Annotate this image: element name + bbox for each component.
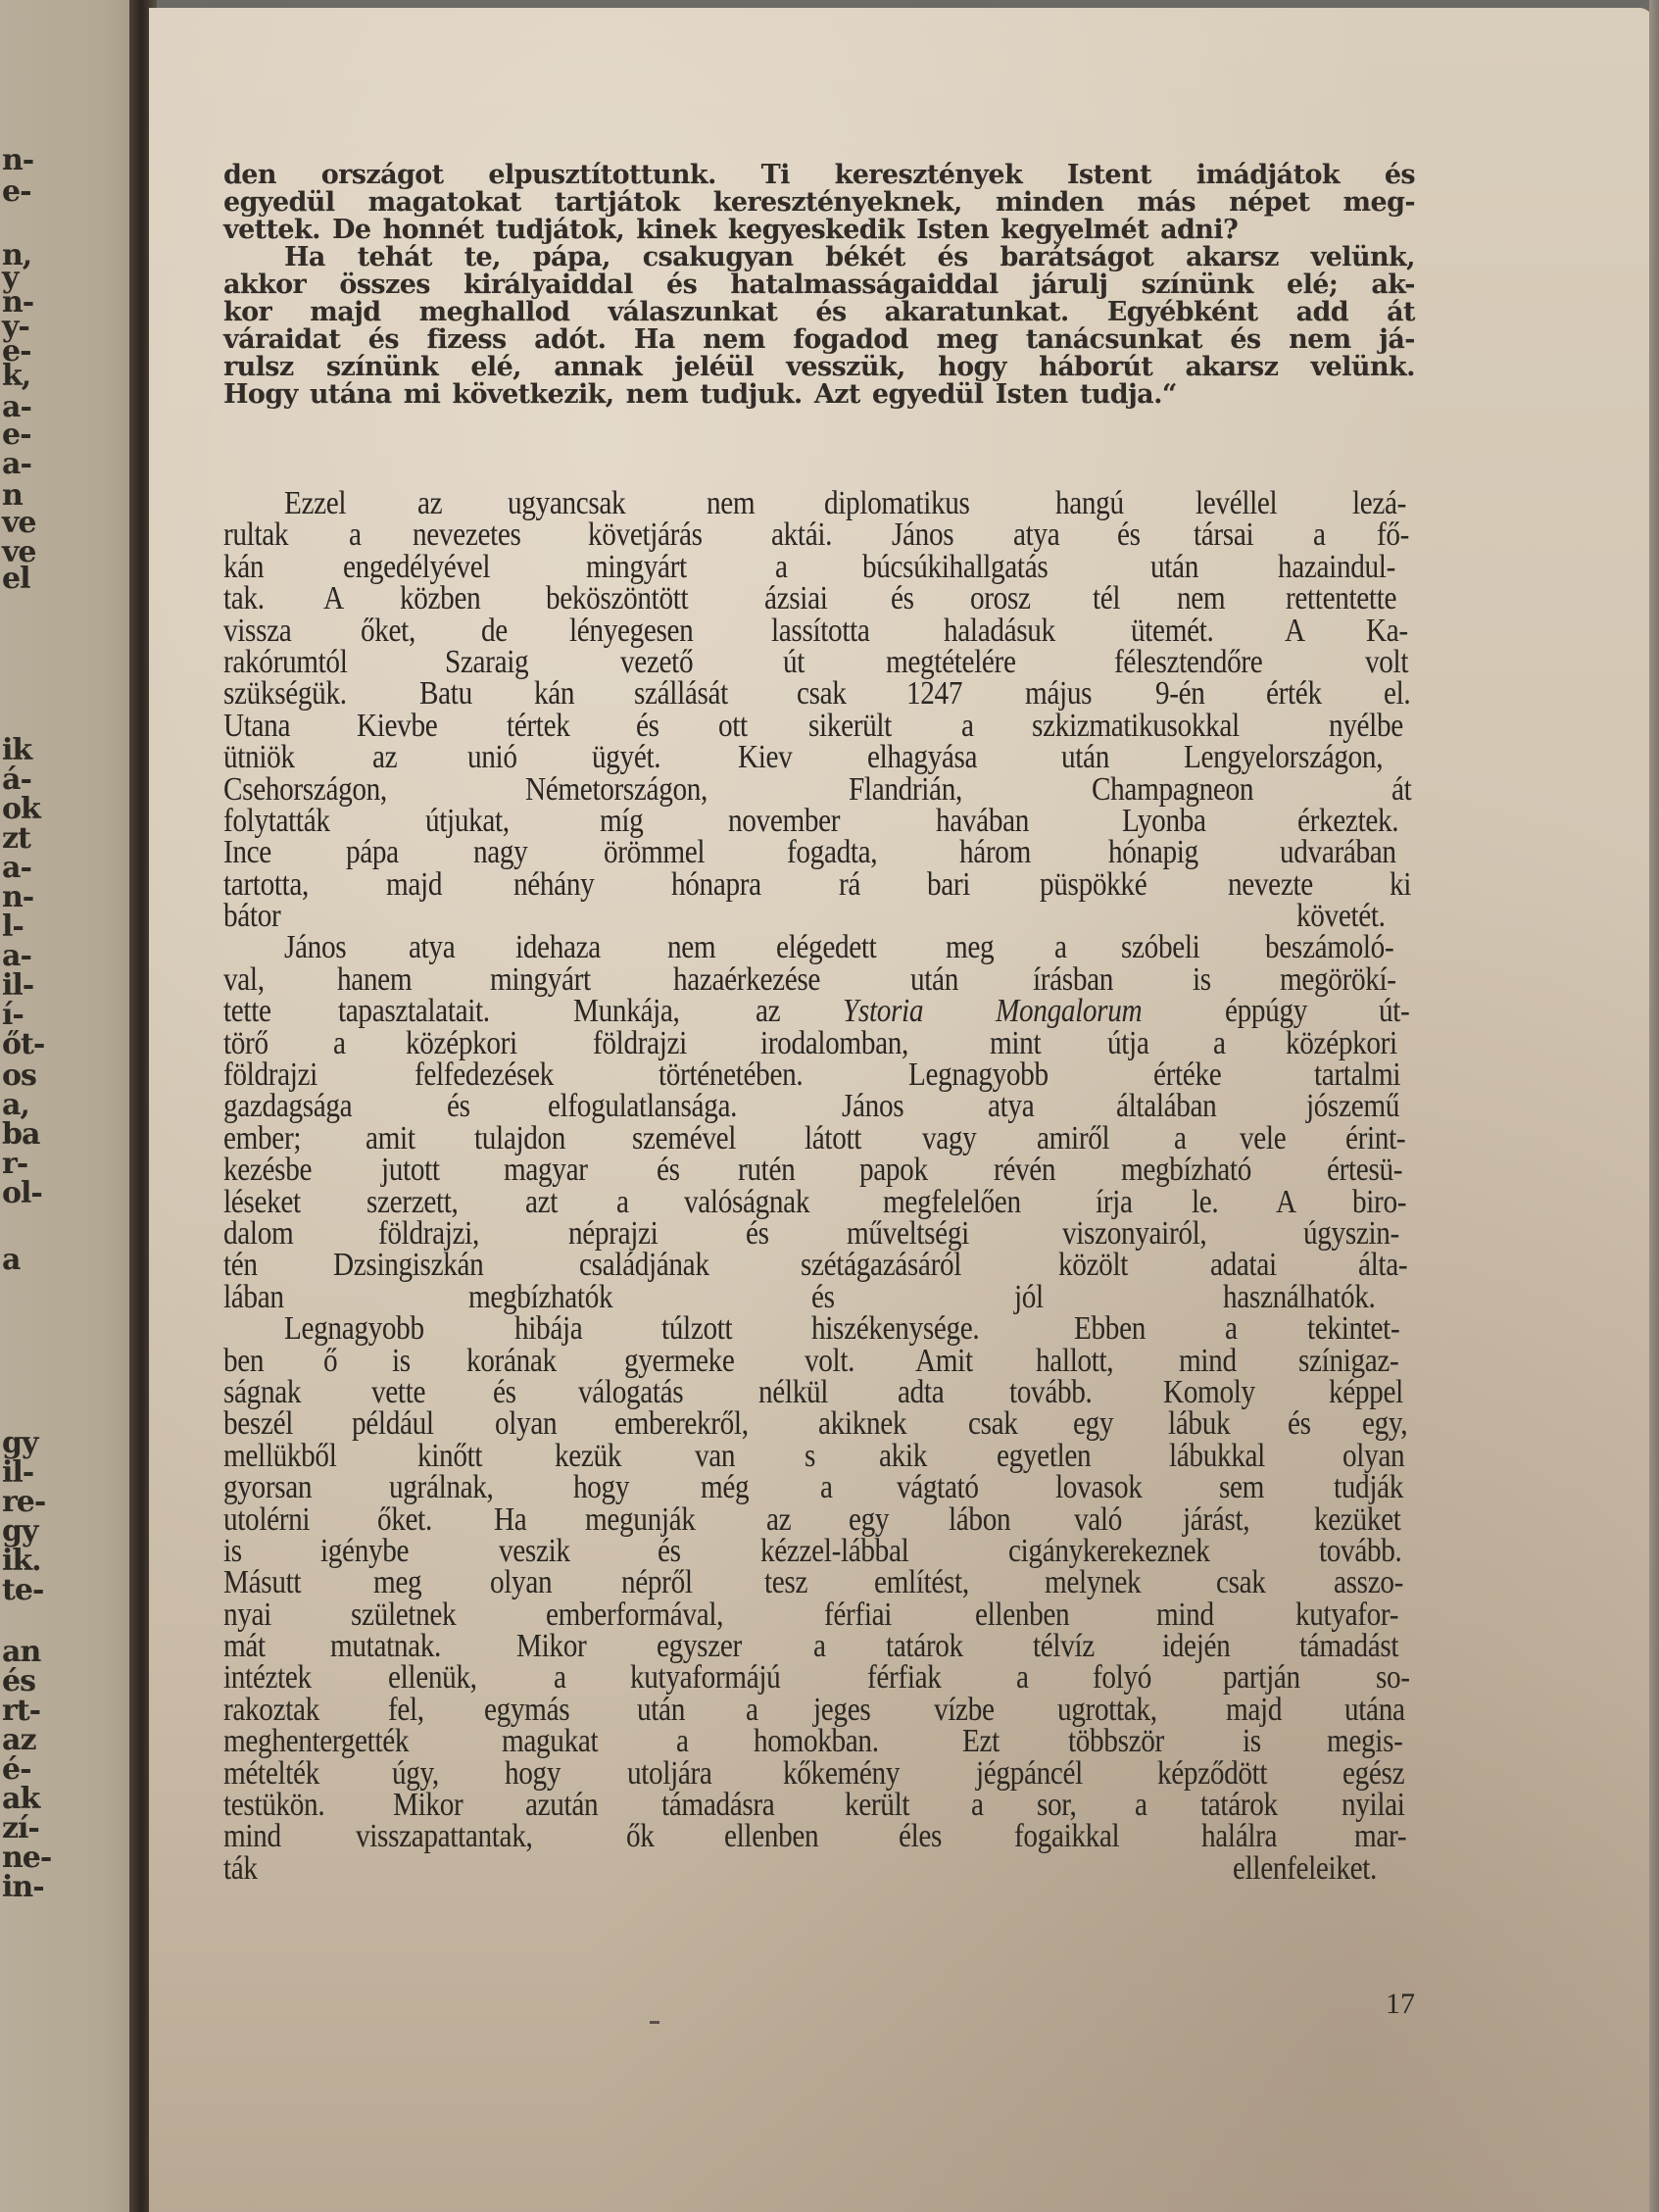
text-line: rulszszínünkelé,annakjeléülvesszük,hogyh… <box>223 354 1415 381</box>
text-line: kezésbejutottmagyarésruténpapokrévénmegb… <box>223 1155 1415 1186</box>
text-line: nyaiszületnekemberformával,férfiaiellenb… <box>223 1599 1415 1631</box>
text-line: lábanmegbízhatókésjólhasználhatók. <box>223 1282 1415 1313</box>
left-page-fragment: őt- <box>2 1029 44 1060</box>
text-line: kormajdmeghallodválaszunkatésakaratunkat… <box>223 299 1415 326</box>
decorative-mark <box>650 2021 659 2024</box>
text-line: ténDzsingiszkáncsaládjánakszétágazásáról… <box>223 1250 1415 1281</box>
text-line: rultakanevezeteskövetjárásaktái.Jánosaty… <box>223 519 1415 551</box>
left-page-edge: n-e-n,yn-y-e-k,a-e-a-nveveeliká-okzta-n-… <box>0 0 145 2212</box>
text-line: beszélpéldáulolyanemberekről,akiknekcsak… <box>223 1408 1415 1440</box>
left-page-fragment: k, <box>2 361 30 392</box>
text-line: léseketszerzett,aztavalóságnakmegfelelőe… <box>223 1187 1415 1218</box>
text-line: Jánosatyaidehazanemelégedettmegaszóbelib… <box>223 932 1415 963</box>
text-line: Hogyutánamikövetkezik,nemtudjuk.Aztegyed… <box>223 381 1415 409</box>
text-line: isigénybeveszikéskézzel-lábbalcigánykere… <box>223 1536 1415 1567</box>
left-page-fragment: el <box>2 564 29 595</box>
text-line: intéztekellenük,akutyaformájúférfiakafol… <box>223 1662 1415 1694</box>
left-page-fragment: in- <box>2 1872 44 1903</box>
left-page-fragment: te- <box>2 1575 43 1606</box>
text-line: ütniökazunióügyét.KievelhagyásautánLengy… <box>223 742 1415 773</box>
text-line: UtanaKievbetértekésottsikerültaszkizmati… <box>223 711 1415 742</box>
text-line: rakoztakfel,egymásutánajegesvízbeugrotta… <box>223 1695 1415 1726</box>
text-line: meghentergettékmagukatahomokban.Ezttöbbs… <box>223 1726 1415 1757</box>
text-line: testükön.Mikorazutántámadásrakerültasor,… <box>223 1790 1415 1821</box>
text-line: benőiskoránakgyermekevolt.Amithallott,mi… <box>223 1346 1415 1377</box>
text-line: tákellenfeleiket. <box>223 1853 1415 1885</box>
text-line: Incepápanagyörömmelfogadta,háromhónapigu… <box>223 837 1415 868</box>
background-surface <box>1649 0 1659 2212</box>
text-line: Másuttmegolyannéprőlteszemlítést,melynek… <box>223 1567 1415 1598</box>
text-line: mellükbőlkinőttkezükvansakikegyetlenlábu… <box>223 1441 1415 1472</box>
text-line: tak.Aközbenbeköszöntöttázsiaiésorosztéln… <box>223 583 1415 614</box>
text-line: Ezzelazugyancsaknemdiplomatikushangúlevé… <box>223 488 1415 519</box>
left-page-fragment: e- <box>2 176 31 208</box>
left-page-fragment: a <box>2 1245 20 1276</box>
text-line: szükségük.Batukánszállásátcsak1247május9… <box>223 678 1415 710</box>
text-line: visszaőket,delényegesenlassítottahaladás… <box>223 615 1415 647</box>
text-line: val,hanemmingyárthazaérkezéseutánírásban… <box>223 964 1415 996</box>
text-line: tartotta,majdnéhányhónaprarábaripüspökké… <box>223 869 1415 901</box>
text-line: utolérniőket.Hamegunjákazegylábonvalójár… <box>223 1504 1415 1536</box>
text-line: folytattákútjukat,mígnovemberhavábanLyon… <box>223 806 1415 837</box>
text-line: rakórumtólSzaraigvezetőútmegtételéreféle… <box>223 647 1415 678</box>
text-line: Hatehátte,pápa,csakugyanbékétésbarátságo… <box>223 244 1415 271</box>
text-line: törőaközépkoriföldrajziirodalomban,mintú… <box>223 1028 1415 1059</box>
text-line: egyedülmagatokattartjátokkeresztényeknek… <box>223 189 1415 217</box>
text-line: kánengedélyévelmingyártabúcsúkihallgatás… <box>223 552 1415 583</box>
text-line: mátmutatnak.Mikoregyszeratatároktélvízid… <box>223 1631 1415 1662</box>
text-line: gyorsanugrálnak,hogymégavágtatólovasokse… <box>223 1472 1415 1503</box>
left-page-fragment: ol- <box>2 1178 42 1209</box>
text-line: ember;amittulajdonszemévellátottvagyamir… <box>223 1123 1415 1155</box>
text-line: ságnakvetteésválogatásnélküladtatovább.K… <box>223 1377 1415 1408</box>
text-line: földrajzifelfedezésektörténetében.Legnag… <box>223 1059 1415 1091</box>
text-line: mindvisszapattantak,őkellenbenélesfogaik… <box>223 1821 1415 1852</box>
text-line: denországotelpusztítottunk.Tikereszténye… <box>223 162 1415 189</box>
text-line: vettek.Dehonnéttudjátok,kinekkegyeskedik… <box>223 217 1415 244</box>
letter-quote-block: denországotelpusztítottunk.Tikereszténye… <box>223 162 1415 409</box>
text-line: bátorkövetét. <box>223 901 1415 932</box>
left-page-fragment: a- <box>2 449 31 480</box>
text-line: váraidatésfizessadót.Hanemfogadodmegtaná… <box>223 326 1415 354</box>
text-line: gazdagságaéselfogulatlansága.Jánosatyaál… <box>223 1091 1415 1122</box>
text-line: mételtékúgy,hogyutoljárakőkeményjégpáncé… <box>223 1758 1415 1790</box>
page-number: 17 <box>1386 1988 1415 2021</box>
text-line: tettetapasztalatait.Munkája,azYstoriaMon… <box>223 996 1415 1027</box>
left-page-fragment: n- <box>2 145 33 176</box>
text-line: Legnagyobbhibájatúlzotthiszékenysége.Ebb… <box>223 1313 1415 1345</box>
body-text-block: Ezzelazugyancsaknemdiplomatikushangúlevé… <box>223 488 1415 1885</box>
text-line: akkorösszeskirályaiddaléshatalmasságaidd… <box>223 271 1415 299</box>
text-line: Csehországon,Németországon,Flandrián,Cha… <box>223 774 1415 806</box>
text-line: dalomföldrajzi,néprajziésműveltségiviszo… <box>223 1218 1415 1250</box>
